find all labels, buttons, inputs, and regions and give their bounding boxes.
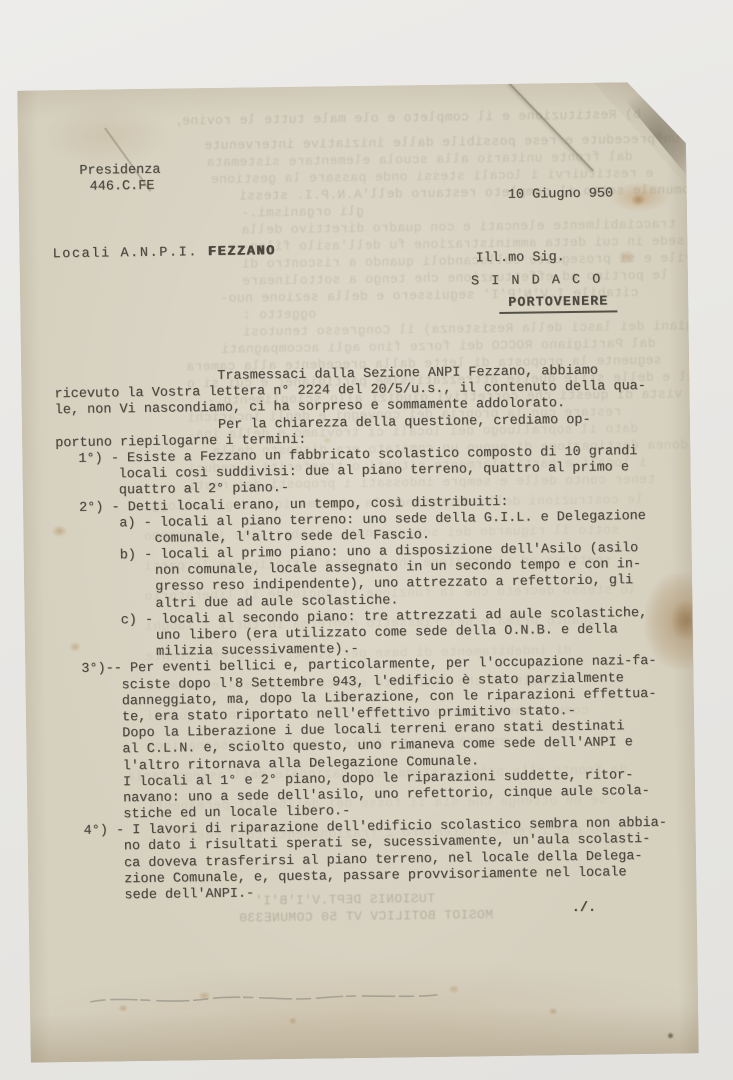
verso-bleed-line: dal fronte unitario alla scuola elementa…	[206, 149, 633, 170]
letterhead-office: Presidenza	[79, 163, 160, 179]
paper-sheet: b) Restituzione e il completo e ole male…	[17, 81, 699, 1062]
verso-bleed-line: 5a) comunale sotto il completo restauro …	[239, 182, 731, 204]
date-line: 10 Giugno 950	[508, 186, 614, 202]
scanned-document-background: b) Restituzione e il completo e ole male…	[0, 0, 733, 1080]
recipient-title: S I N D A C O	[471, 273, 603, 290]
verso-bleed-line: un'precedute e rese possibile dalle iniz…	[204, 131, 680, 153]
verso-bleed-line: MOSIOT BOTILICV VT 50 COMUNE330	[239, 907, 493, 926]
verso-bleed-line: tracciabilmente elencati e con quadro di…	[241, 217, 676, 238]
closing-mark: ./.	[572, 901, 597, 916]
verso-bleed-line: dal Partigiano ROCCO dei forze fino agli…	[221, 336, 656, 357]
subject-line: Locali A.N.P.I. FEZZANO	[52, 244, 275, 262]
fold-crease-line	[508, 82, 594, 171]
verso-bleed-line: sede in cui detta amministrazione fu del…	[241, 233, 684, 254]
recipient-salutation: Ill.mo Sig.	[476, 250, 565, 266]
verso-bleed-line: oggetto :	[242, 307, 316, 323]
body-text: Trasmessaci dalla Sezione ANPI Fezzano, …	[54, 363, 677, 906]
verso-bleed-line: gli organismi.-	[241, 204, 364, 221]
verso-bleed-line: e restituirvi i locali stessi onde passa…	[210, 166, 653, 187]
verso-bleed-line: le portino ad effettuazione che tengo a …	[242, 268, 669, 289]
pencil-scribble	[85, 983, 455, 1018]
recipient-place: PORTOVENERE	[499, 294, 617, 314]
letterhead-protocol: 446.C.FE	[89, 179, 154, 195]
subject-emphasis: FEZZANO	[208, 244, 276, 260]
subject-prefix: Locali A.N.P.I.	[52, 245, 207, 262]
verso-bleed-line: b) Restituzione e il completo e ole male…	[174, 107, 642, 129]
verso-bleed-line: Partigiani dei lasci della Resistenza) i…	[243, 318, 733, 340]
